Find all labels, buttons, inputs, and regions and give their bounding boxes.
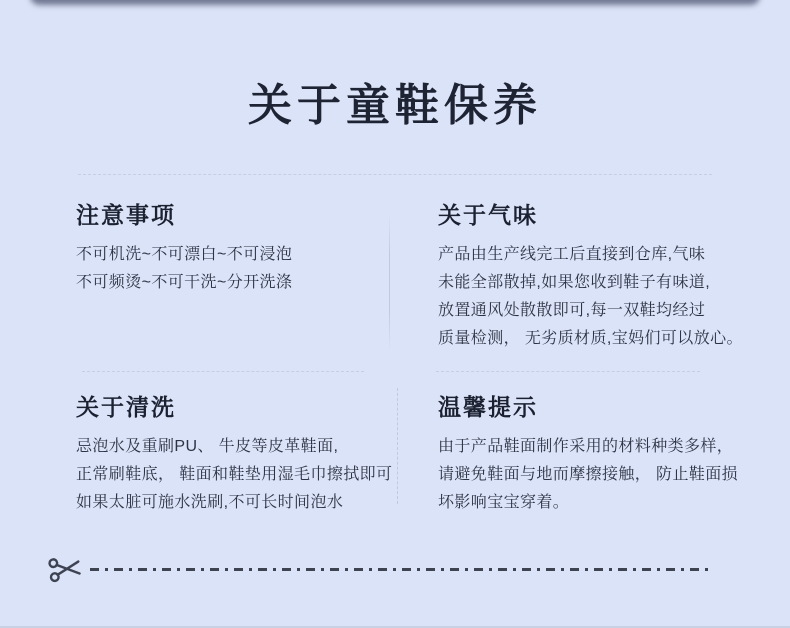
section-body-line: 坏影响宝宝穿着。 <box>438 489 738 517</box>
title-divider <box>78 174 712 175</box>
section-body-line: 产品由生产线完工后直接到仓库,气味 <box>438 241 743 269</box>
care-instructions-page: 关于童鞋保养 注意事项 不可机洗~不可漂白~不可浸泡 不可频烫~不可干洗~分开洗… <box>0 0 790 628</box>
section-body-line: 正常刷鞋底， 鞋面和鞋垫用湿毛巾擦拭即可 <box>76 461 392 489</box>
section-heading: 注意事项 <box>76 202 292 228</box>
scissors-icon <box>47 552 84 585</box>
section-body-line: 如果太脏可施水洗刷,不可长时间泡水 <box>76 489 392 517</box>
dash-dot-line <box>90 568 710 571</box>
section-body-line: 请避免鞋面与地而摩擦接触， 防止鞋面损 <box>438 461 738 489</box>
column-divider-bottom <box>397 388 398 504</box>
section-notices: 注意事项 不可机洗~不可漂白~不可浸泡 不可频烫~不可干洗~分开洗涤 <box>76 202 292 297</box>
top-edge-bar <box>30 0 760 5</box>
column-divider-top <box>389 214 390 352</box>
section-heading: 温馨提示 <box>438 394 738 420</box>
section-body-line: 不可频烫~不可干洗~分开洗涤 <box>76 269 292 297</box>
section-body-line: 忌泡水及重刷PU、 牛皮等皮革鞋面, <box>76 433 392 461</box>
section-body-line: 不可机洗~不可漂白~不可浸泡 <box>76 241 292 269</box>
section-body-line: 质量检测， 无劣质材质,宝妈们可以放心。 <box>438 325 743 353</box>
page-title: 关于童鞋保养 <box>0 82 790 130</box>
section-body-line: 由于产品鞋面制作采用的材料种类多样， <box>438 433 738 461</box>
section-odor: 关于气味 产品由生产线完工后直接到仓库,气味 未能全部散掉,如果您收到鞋子有味道… <box>438 202 743 353</box>
row-divider-right <box>436 371 700 372</box>
section-heading: 关于气味 <box>438 202 743 228</box>
section-body-line: 放置通风处散散即可,每一双鞋均经过 <box>438 297 743 325</box>
row-divider-left <box>82 371 364 372</box>
section-heading: 关于清洗 <box>76 394 392 420</box>
section-body-line: 未能全部散掉,如果您收到鞋子有味道, <box>438 269 743 297</box>
section-cleaning: 关于清洗 忌泡水及重刷PU、 牛皮等皮革鞋面, 正常刷鞋底， 鞋面和鞋垫用湿毛巾… <box>76 394 392 517</box>
section-tips: 温馨提示 由于产品鞋面制作采用的材料种类多样， 请避免鞋面与地而摩擦接触， 防止… <box>438 394 738 517</box>
cut-line <box>48 554 710 584</box>
